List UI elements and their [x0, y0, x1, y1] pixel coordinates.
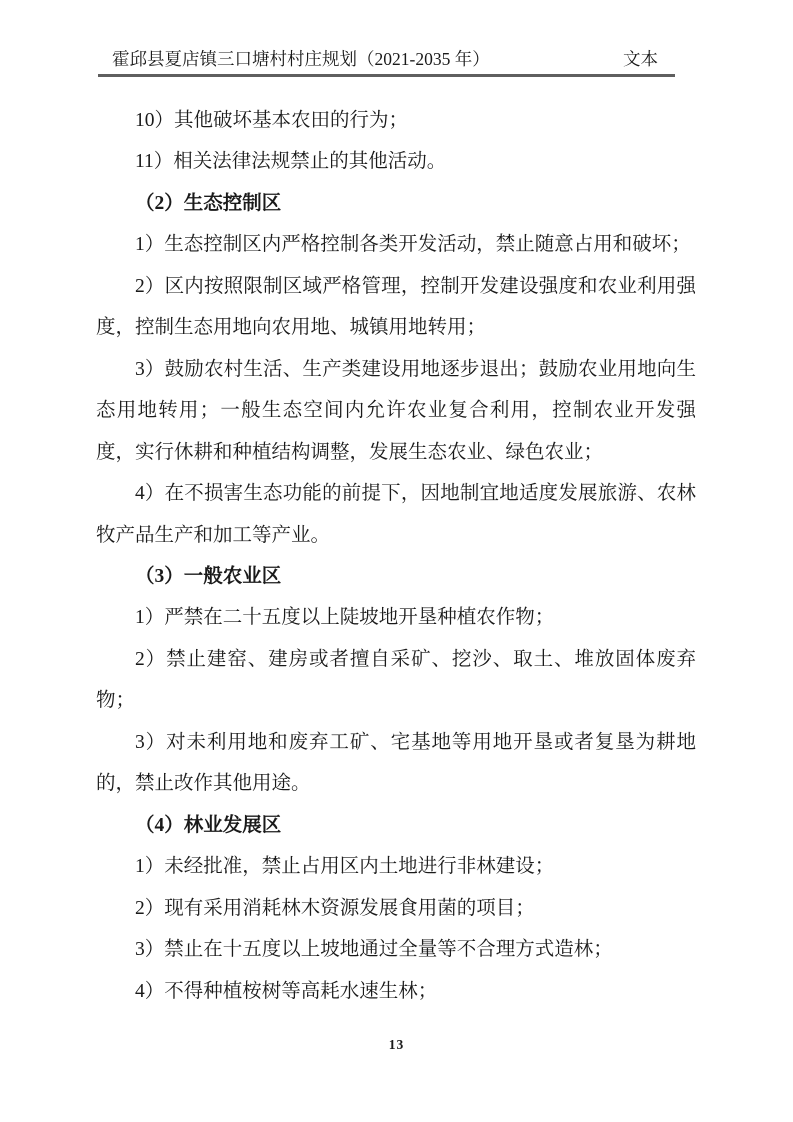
section-heading: （4）林业发展区 — [96, 805, 696, 846]
header-document-title: 霍邱县夏店镇三口塘村村庄规划（2021-2035 年） — [112, 50, 490, 69]
body-paragraph: 11）相关法律法规禁止的其他活动。 — [96, 141, 696, 182]
page-header: 霍邱县夏店镇三口塘村村庄规划（2021-2035 年） 文本 — [98, 40, 675, 77]
body-paragraph: 1）严禁在二十五度以上陡坡地开垦种植农作物； — [96, 597, 696, 638]
body-paragraph: 2）区内按照限制区域严格管理，控制开发建设强度和农业利用强度，控制生态用地向农用… — [96, 266, 696, 349]
body-paragraph: 4）在不损害生态功能的前提下，因地制宜地适度发展旅游、农林牧产品生产和加工等产业… — [96, 473, 696, 556]
body-paragraph: 10）其他破坏基本农田的行为； — [96, 100, 696, 141]
body-paragraph: 2）现有采用消耗林木资源发展食用菌的项目； — [96, 888, 696, 929]
body-paragraph: 4）不得种植桉树等高耗水速生林； — [96, 971, 696, 1012]
body-paragraph: 2）禁止建窑、建房或者擅自采矿、挖沙、取土、堆放固体废弃物； — [96, 639, 696, 722]
body-paragraph: 3）鼓励农村生活、生产类建设用地逐步退出；鼓励农业用地向生态用地转用；一般生态空… — [96, 349, 696, 473]
body-paragraph: 1）生态控制区内严格控制各类开发活动，禁止随意占用和破坏； — [96, 224, 696, 265]
page-number: 13 — [389, 1037, 405, 1052]
body-paragraph: 3）禁止在十五度以上坡地通过全量等不合理方式造林； — [96, 929, 696, 970]
document-page: 霍邱县夏店镇三口塘村村庄规划（2021-2035 年） 文本 10）其他破坏基本… — [0, 0, 793, 1122]
document-body: 10）其他破坏基本农田的行为； 11）相关法律法规禁止的其他活动。 （2）生态控… — [96, 100, 696, 1012]
body-paragraph: 3）对未利用地和废弃工矿、宅基地等用地开垦或者复垦为耕地的，禁止改作其他用途。 — [96, 722, 696, 805]
section-heading: （2）生态控制区 — [96, 183, 696, 224]
section-heading: （3）一般农业区 — [96, 556, 696, 597]
page-footer: 13 — [0, 1037, 793, 1053]
header-doc-type-label: 文本 — [623, 50, 658, 69]
body-paragraph: 1）未经批准，禁止占用区内土地进行非林建设； — [96, 846, 696, 887]
